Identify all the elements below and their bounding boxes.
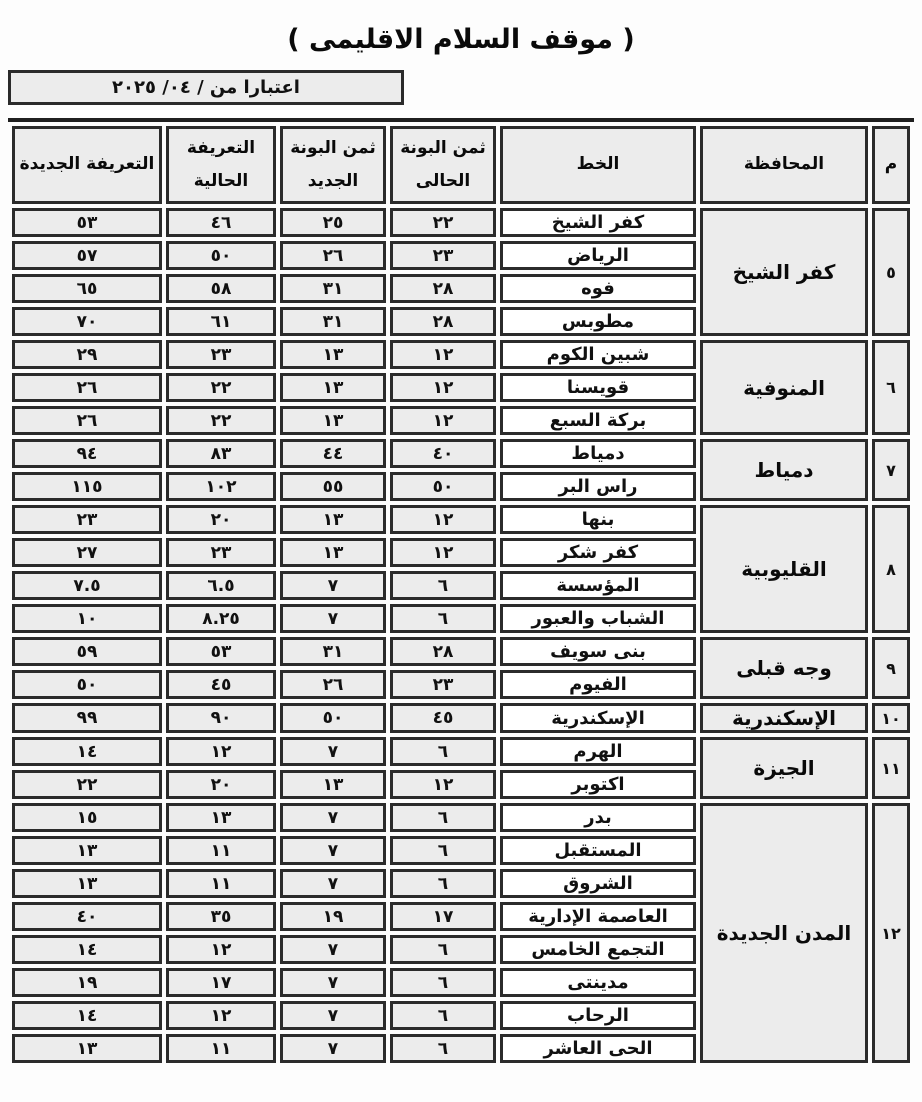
line-cell: مطوبس <box>500 307 696 336</box>
tariff-new-cell: ١٣ <box>12 836 162 865</box>
tariff-table: م المحافظة الخط ثمن البونة الحالى ثمن ال… <box>8 122 914 1067</box>
fare-new-cell: ١٩ <box>280 902 386 931</box>
line-cell: بنها <box>500 505 696 534</box>
fare-current-cell: ٦ <box>390 836 496 865</box>
tariff-current-cell: ٢٢ <box>166 373 276 402</box>
tariff-current-cell: ٣٥ <box>166 902 276 931</box>
line-cell: المؤسسة <box>500 571 696 600</box>
line-cell: قويسنا <box>500 373 696 402</box>
line-cell: التجمع الخامس <box>500 935 696 964</box>
governorate-cell: دمياط <box>700 439 868 501</box>
line-cell: بركة السبع <box>500 406 696 435</box>
fare-new-cell: ٧ <box>280 968 386 997</box>
fare-current-cell: ٦ <box>390 1001 496 1030</box>
governorate-cell: الإسكندرية <box>700 703 868 733</box>
fare-current-cell: ٦ <box>390 935 496 964</box>
header-tariff-current: التعريفة الحالية <box>166 126 276 204</box>
fare-new-cell: ٣١ <box>280 274 386 303</box>
fare-current-cell: ٢٨ <box>390 274 496 303</box>
row-number-cell: ١٢ <box>872 803 910 1063</box>
fare-new-cell: ١٣ <box>280 770 386 799</box>
tariff-current-cell: ١١ <box>166 869 276 898</box>
governorate-cell: القليوبية <box>700 505 868 633</box>
fare-new-cell: ٧ <box>280 803 386 832</box>
fare-new-cell: ٥٠ <box>280 703 386 733</box>
table-row: ٧دمياطدمياط٤٠٤٤٨٣٩٤ <box>12 439 910 468</box>
table-row: ٦المنوفيةشبين الكوم١٢١٣٢٣٢٩ <box>12 340 910 369</box>
fare-current-cell: ١٢ <box>390 538 496 567</box>
tariff-new-cell: ١٩ <box>12 968 162 997</box>
table-row: ١٠الإسكندريةالإسكندرية٤٥٥٠٩٠٩٩ <box>12 703 910 733</box>
row-number-cell: ٥ <box>872 208 910 336</box>
fare-current-cell: ٦ <box>390 1034 496 1063</box>
tariff-current-cell: ٢٠ <box>166 505 276 534</box>
line-cell: الرياض <box>500 241 696 270</box>
tariff-new-cell: ٩٩ <box>12 703 162 733</box>
tariff-new-cell: ١٣ <box>12 869 162 898</box>
fare-new-cell: ١٣ <box>280 373 386 402</box>
tariff-new-cell: ٦٥ <box>12 274 162 303</box>
line-cell: الحى العاشر <box>500 1034 696 1063</box>
fare-new-cell: ١٣ <box>280 406 386 435</box>
fare-new-cell: ٧ <box>280 571 386 600</box>
line-cell: بدر <box>500 803 696 832</box>
fare-new-cell: ١٣ <box>280 340 386 369</box>
tariff-current-cell: ٥٠ <box>166 241 276 270</box>
governorate-cell: المدن الجديدة <box>700 803 868 1063</box>
tariff-new-cell: ٢٣ <box>12 505 162 534</box>
tariff-new-cell: ٧.٥ <box>12 571 162 600</box>
fare-current-cell: ١٢ <box>390 505 496 534</box>
fare-current-cell: ١٧ <box>390 902 496 931</box>
fare-current-cell: ٢٣ <box>390 241 496 270</box>
tariff-current-cell: ١٣ <box>166 803 276 832</box>
tariff-current-cell: ٢٣ <box>166 340 276 369</box>
fare-current-cell: ٢٢ <box>390 208 496 237</box>
tariff-new-cell: ١٤ <box>12 1001 162 1030</box>
governorate-cell: كفر الشيخ <box>700 208 868 336</box>
fare-current-cell: ٤٠ <box>390 439 496 468</box>
tariff-current-cell: ١٧ <box>166 968 276 997</box>
tariff-new-cell: ٢٧ <box>12 538 162 567</box>
fare-current-cell: ٤٥ <box>390 703 496 733</box>
page-title: ( موقف السلام الاقليمى ) <box>8 24 914 55</box>
line-cell: دمياط <box>500 439 696 468</box>
tariff-new-cell: ٥٣ <box>12 208 162 237</box>
governorate-cell: وجه قبلى <box>700 637 868 699</box>
line-cell: الإسكندرية <box>500 703 696 733</box>
tariff-current-cell: ٢٠ <box>166 770 276 799</box>
fare-current-cell: ٦ <box>390 604 496 633</box>
tariff-new-cell: ٧٠ <box>12 307 162 336</box>
fare-current-cell: ١٢ <box>390 373 496 402</box>
tariff-new-cell: ١٣ <box>12 1034 162 1063</box>
tariff-current-cell: ٥٣ <box>166 637 276 666</box>
table-row: ١١الجيزةالهرم٦٧١٢١٤ <box>12 737 910 766</box>
tariff-new-cell: ١٤ <box>12 737 162 766</box>
fare-new-cell: ٧ <box>280 869 386 898</box>
fare-current-cell: ٢٨ <box>390 637 496 666</box>
fare-new-cell: ٢٥ <box>280 208 386 237</box>
tariff-new-cell: ٥٠ <box>12 670 162 699</box>
header-row: م المحافظة الخط ثمن البونة الحالى ثمن ال… <box>12 126 910 204</box>
tariff-current-cell: ٩٠ <box>166 703 276 733</box>
tariff-current-cell: ١٢ <box>166 1001 276 1030</box>
line-cell: بنى سويف <box>500 637 696 666</box>
tariff-current-cell: ١٠٢ <box>166 472 276 501</box>
row-number-cell: ٨ <box>872 505 910 633</box>
row-number-cell: ٦ <box>872 340 910 435</box>
fare-new-cell: ٤٤ <box>280 439 386 468</box>
line-cell: المستقبل <box>500 836 696 865</box>
fare-new-cell: ٧ <box>280 604 386 633</box>
tariff-current-cell: ٨٣ <box>166 439 276 468</box>
tariff-current-cell: ٢٢ <box>166 406 276 435</box>
governorate-cell: المنوفية <box>700 340 868 435</box>
fare-current-cell: ١٢ <box>390 406 496 435</box>
fare-new-cell: ٧ <box>280 1001 386 1030</box>
tariff-new-cell: ٢٩ <box>12 340 162 369</box>
line-cell: الرحاب <box>500 1001 696 1030</box>
fare-new-cell: ١٣ <box>280 538 386 567</box>
fare-new-cell: ٣١ <box>280 307 386 336</box>
fare-current-cell: ٦ <box>390 571 496 600</box>
tariff-current-cell: ١١ <box>166 836 276 865</box>
line-cell: اكتوبر <box>500 770 696 799</box>
tariff-new-cell: ٥٧ <box>12 241 162 270</box>
fare-new-cell: ٧ <box>280 1034 386 1063</box>
row-number-cell: ٩ <box>872 637 910 699</box>
tariff-current-cell: ٨.٢٥ <box>166 604 276 633</box>
tariff-new-cell: ١١٥ <box>12 472 162 501</box>
tariff-current-cell: ٦١ <box>166 307 276 336</box>
tariff-current-cell: ٤٥ <box>166 670 276 699</box>
fare-new-cell: ٥٥ <box>280 472 386 501</box>
header-line: الخط <box>500 126 696 204</box>
tariff-new-cell: ٥٩ <box>12 637 162 666</box>
line-cell: العاصمة الإدارية <box>500 902 696 931</box>
tariff-current-cell: ١٢ <box>166 737 276 766</box>
tariff-new-cell: ٤٠ <box>12 902 162 931</box>
tariff-current-cell: ١٢ <box>166 935 276 964</box>
tariff-new-cell: ٢٦ <box>12 406 162 435</box>
fare-new-cell: ١٣ <box>280 505 386 534</box>
fare-current-cell: ٥٠ <box>390 472 496 501</box>
fare-new-cell: ٢٦ <box>280 670 386 699</box>
header-fare-current: ثمن البونة الحالى <box>390 126 496 204</box>
line-cell: الشروق <box>500 869 696 898</box>
table-row: ٥كفر الشيخكفر الشيخ٢٢٢٥٤٦٥٣ <box>12 208 910 237</box>
line-cell: الفيوم <box>500 670 696 699</box>
fare-new-cell: ٣١ <box>280 637 386 666</box>
header-governorate: المحافظة <box>700 126 868 204</box>
table-row: ١٢المدن الجديدةبدر٦٧١٣١٥ <box>12 803 910 832</box>
tariff-new-cell: ٩٤ <box>12 439 162 468</box>
effective-date-text: اعتبارا من / ٠٤/ ٢٠٢٥ <box>112 77 300 98</box>
line-cell: مدينتى <box>500 968 696 997</box>
tariff-new-cell: ٢٢ <box>12 770 162 799</box>
header-tariff-new: التعريفة الجديدة <box>12 126 162 204</box>
tariff-new-cell: ١٠ <box>12 604 162 633</box>
fare-current-cell: ٢٨ <box>390 307 496 336</box>
governorate-cell: الجيزة <box>700 737 868 799</box>
header-fare-new: ثمن البونة الجديد <box>280 126 386 204</box>
fare-current-cell: ٦ <box>390 968 496 997</box>
row-number-cell: ١١ <box>872 737 910 799</box>
fare-new-cell: ٢٦ <box>280 241 386 270</box>
row-number-cell: ١٠ <box>872 703 910 733</box>
table-body: ٥كفر الشيخكفر الشيخ٢٢٢٥٤٦٥٣الرياض٢٣٢٦٥٠٥… <box>12 208 910 1063</box>
fare-current-cell: ١٢ <box>390 770 496 799</box>
fare-current-cell: ١٢ <box>390 340 496 369</box>
fare-current-cell: ٦ <box>390 869 496 898</box>
tariff-current-cell: ٥٨ <box>166 274 276 303</box>
table-row: ٨القليوبيةبنها١٢١٣٢٠٢٣ <box>12 505 910 534</box>
tariff-new-cell: ١٥ <box>12 803 162 832</box>
tariff-current-cell: ٦.٥ <box>166 571 276 600</box>
line-cell: الشباب والعبور <box>500 604 696 633</box>
table-row: ٩وجه قبلىبنى سويف٢٨٣١٥٣٥٩ <box>12 637 910 666</box>
line-cell: راس البر <box>500 472 696 501</box>
line-cell: شبين الكوم <box>500 340 696 369</box>
tariff-current-cell: ١١ <box>166 1034 276 1063</box>
document-page: ( موقف السلام الاقليمى ) اعتبارا من / ٠٤… <box>0 24 922 1067</box>
line-cell: الهرم <box>500 737 696 766</box>
fare-new-cell: ٧ <box>280 737 386 766</box>
fare-new-cell: ٧ <box>280 935 386 964</box>
line-cell: فوه <box>500 274 696 303</box>
line-cell: كفر شكر <box>500 538 696 567</box>
tariff-current-cell: ٤٦ <box>166 208 276 237</box>
tariff-current-cell: ٢٣ <box>166 538 276 567</box>
effective-date-box: اعتبارا من / ٠٤/ ٢٠٢٥ <box>8 70 404 105</box>
fare-current-cell: ٦ <box>390 803 496 832</box>
row-number-cell: ٧ <box>872 439 910 501</box>
fare-current-cell: ٢٣ <box>390 670 496 699</box>
fare-current-cell: ٦ <box>390 737 496 766</box>
line-cell: كفر الشيخ <box>500 208 696 237</box>
tariff-new-cell: ٢٦ <box>12 373 162 402</box>
fare-new-cell: ٧ <box>280 836 386 865</box>
header-num: م <box>872 126 910 204</box>
tariff-new-cell: ١٤ <box>12 935 162 964</box>
